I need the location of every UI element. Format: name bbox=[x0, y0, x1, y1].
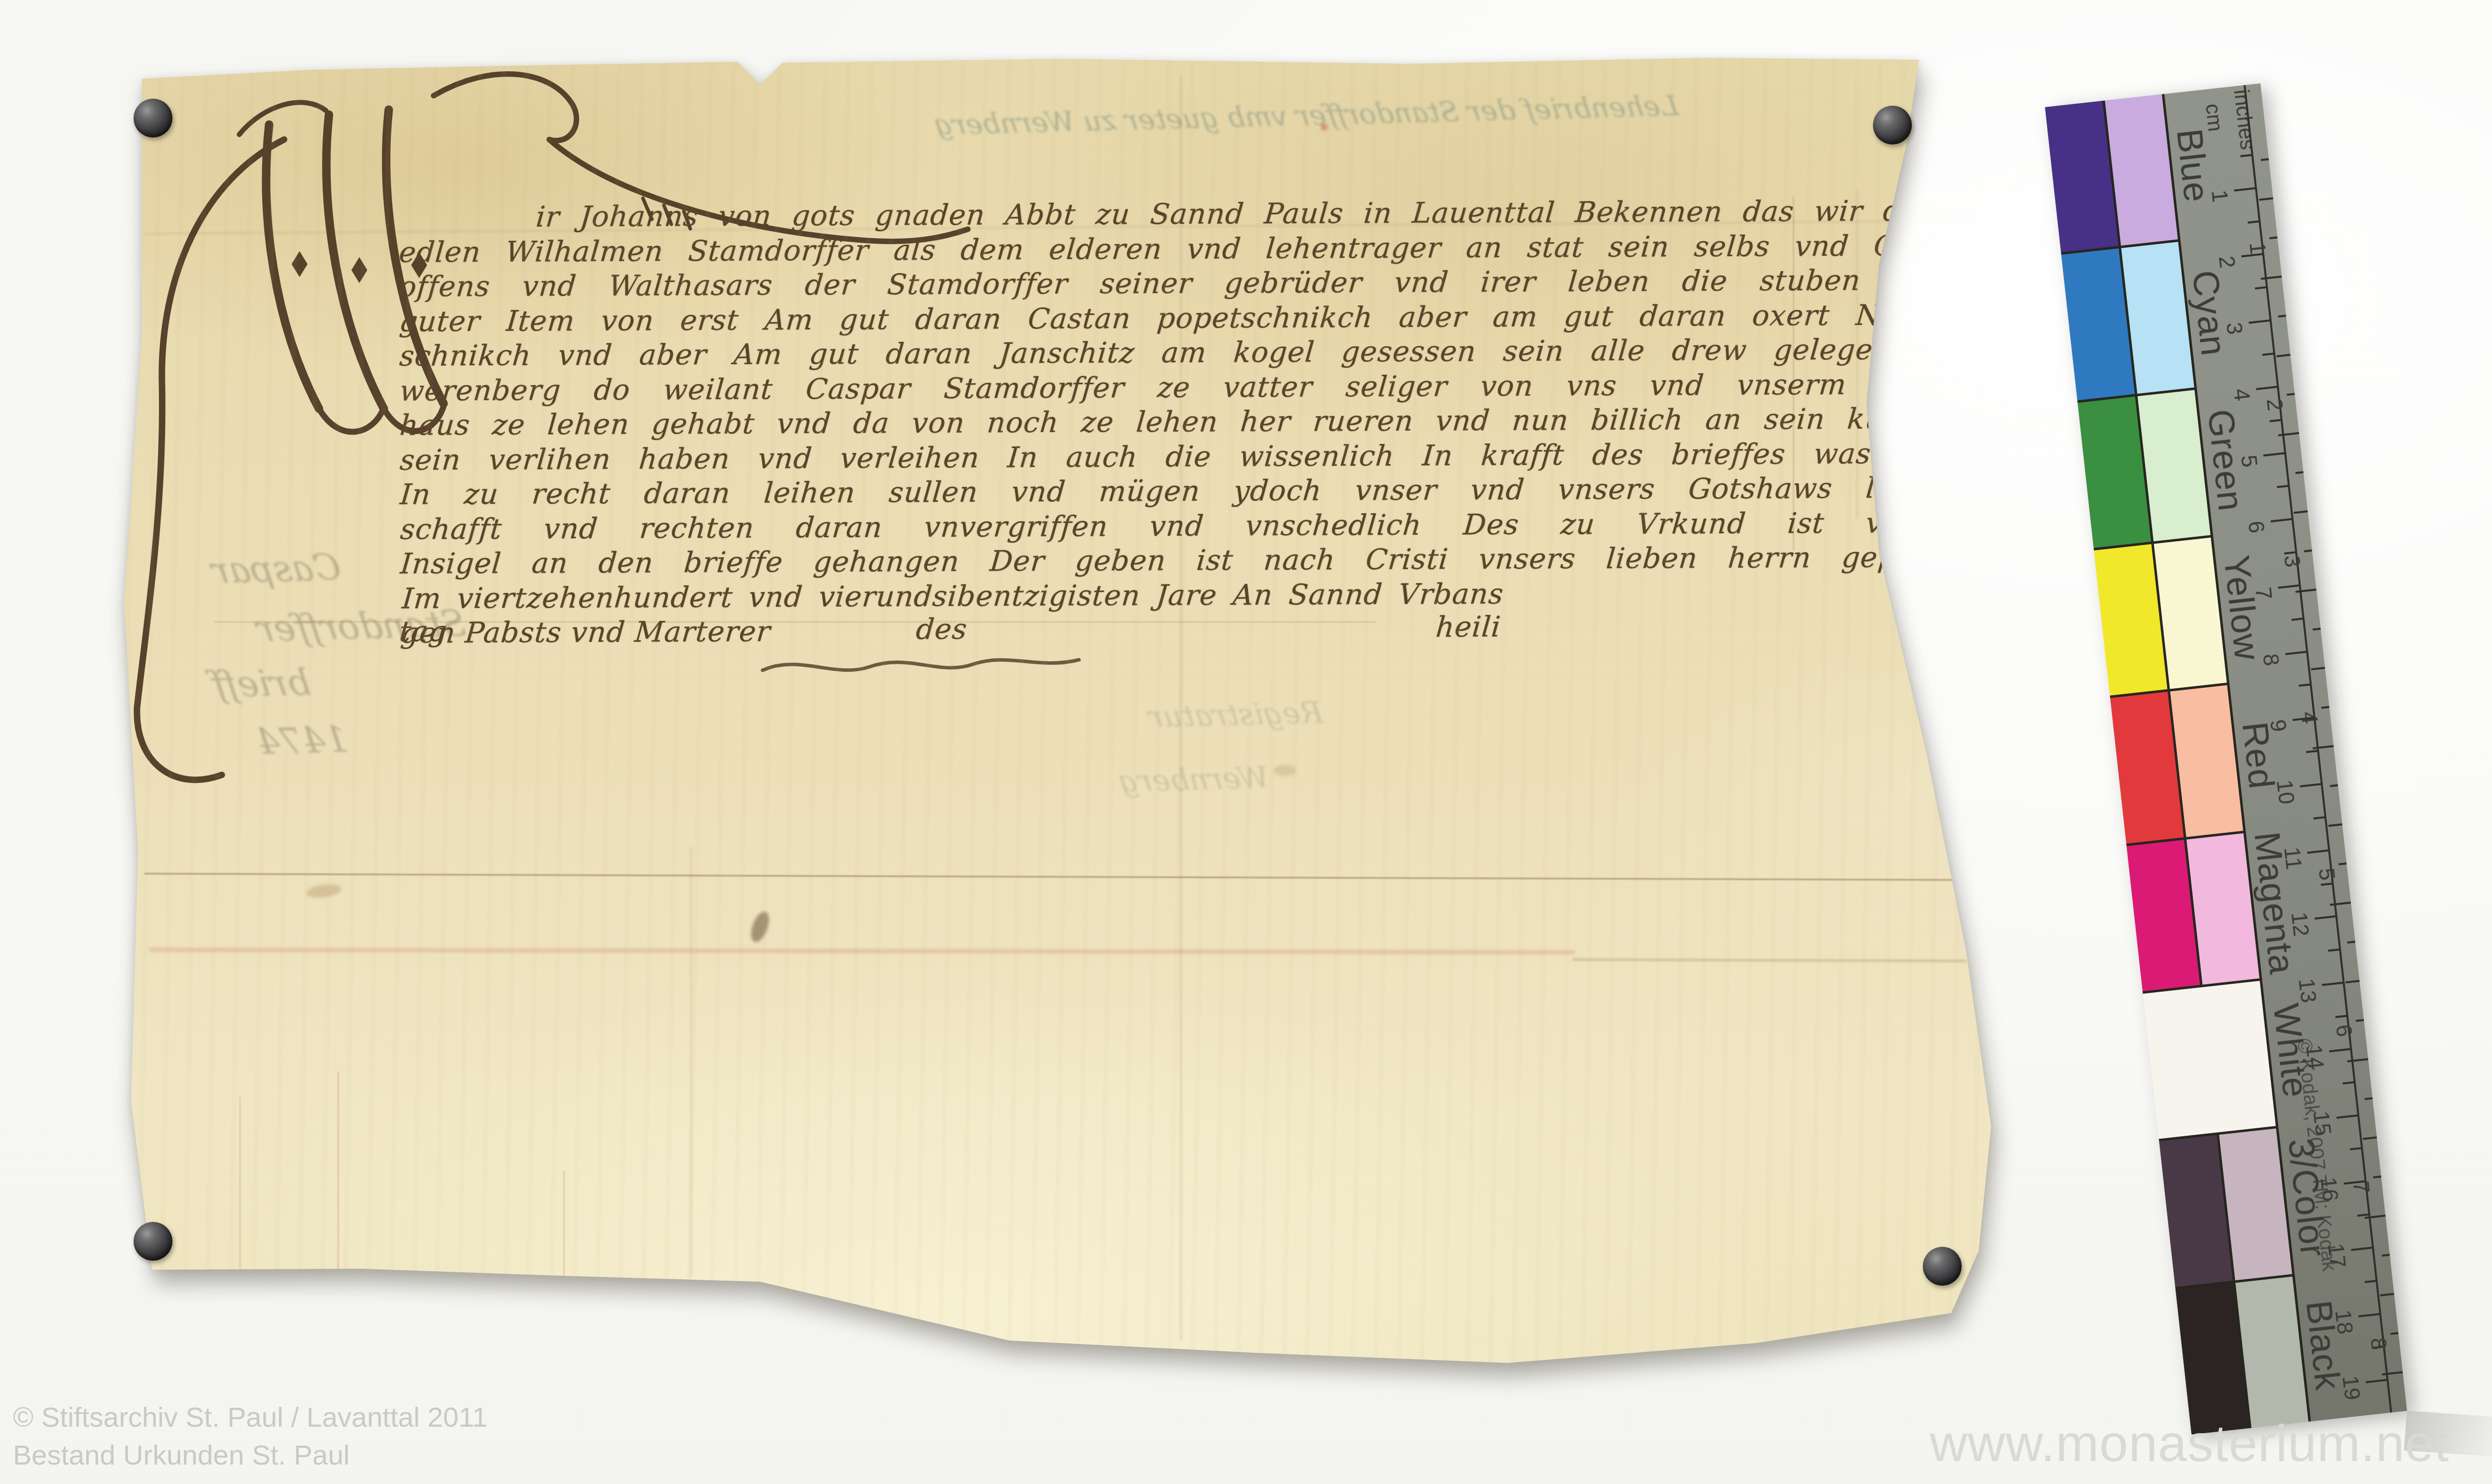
inch-quarter-tick bbox=[2261, 158, 2269, 161]
parchment-wrap: Lehenbrief der Standorffer vmb gueter zu… bbox=[112, 55, 1991, 1395]
inch-tick bbox=[2261, 276, 2282, 280]
inch-quarter-tick bbox=[2338, 863, 2346, 866]
inch-quarter-tick bbox=[2287, 393, 2295, 396]
cm-tick bbox=[2249, 319, 2272, 324]
pushpin-bottom-left bbox=[134, 1222, 172, 1261]
inch-half-tick bbox=[2345, 980, 2359, 983]
inch-number: 2 bbox=[2261, 397, 2287, 412]
charter-line-10: schafft vnd rechten daran vnvergriffen v… bbox=[399, 506, 1949, 546]
cm-number: 4 bbox=[2228, 387, 2254, 402]
inch-quarter-tick bbox=[2356, 1019, 2364, 1022]
patch-row-yellow bbox=[2094, 538, 2227, 698]
inch-quarter-tick bbox=[2321, 706, 2329, 709]
patch-row-magenta bbox=[2127, 833, 2260, 994]
inch-tick bbox=[2347, 1058, 2368, 1062]
cm-tick bbox=[2300, 783, 2323, 787]
copyright-line-1: © Stiftsarchiv St. Paul / Lavanttal 2011 bbox=[13, 1398, 487, 1436]
inch-half-tick bbox=[2363, 1136, 2377, 1140]
patch-row-3-color bbox=[2159, 1129, 2292, 1289]
cm-tick bbox=[2329, 1048, 2352, 1052]
inch-quarter-tick bbox=[2269, 236, 2277, 239]
cm-tick bbox=[2285, 650, 2308, 655]
charter-line-13: gen Pabsts vnd Marterer bbox=[399, 615, 772, 649]
cm-tick bbox=[2351, 1246, 2374, 1251]
charter-line-7: haus ze lehen gehabt vnd da von noch ze … bbox=[399, 402, 1949, 442]
inch-quarter-tick bbox=[2304, 550, 2312, 553]
charter-line-3: offens vnd Walthasars der Stamdorffer se… bbox=[398, 264, 1948, 303]
charter-line-1: ir Johanns von gots gnaden Abbt zu Sannd… bbox=[535, 194, 1948, 233]
inch-tick bbox=[2382, 1371, 2403, 1376]
kodak-brand: Kodak bbox=[2288, 240, 2407, 494]
inch-quarter-tick bbox=[2382, 1254, 2390, 1257]
patch-row-black bbox=[2176, 1276, 2309, 1434]
charter-line-6: werenberg do weilant Caspar Stamdorffer … bbox=[398, 368, 1948, 408]
inch-tick bbox=[2278, 432, 2299, 437]
cm-tick bbox=[2336, 1114, 2359, 1119]
inch-number: 6 bbox=[2331, 1024, 2356, 1039]
inch-half-tick bbox=[2294, 510, 2308, 514]
patch-label-red: Red bbox=[2234, 720, 2282, 791]
cm-number: 2 bbox=[2213, 255, 2239, 270]
inch-number: 8 bbox=[2365, 1336, 2391, 1351]
charter-line-4: guter Item von erst Am gut daran Castan … bbox=[398, 298, 1948, 338]
inch-quarter-tick bbox=[2347, 941, 2355, 944]
cm-tick bbox=[2271, 518, 2294, 522]
ink-stain bbox=[1936, 688, 1947, 696]
patch-row-cyan bbox=[2061, 242, 2194, 403]
parchment-charter: Lehenbrief der Standorffer vmb gueter zu… bbox=[112, 55, 1991, 1395]
cm-tick bbox=[2315, 915, 2337, 920]
inch-number: 5 bbox=[2313, 867, 2339, 882]
inch-half-tick bbox=[2311, 667, 2325, 670]
charter-line-8: sein verlihen haben vnd verleihen In auc… bbox=[399, 437, 1949, 477]
cm-tick bbox=[2256, 386, 2279, 390]
patch-label-green: Green bbox=[2199, 408, 2251, 514]
ink-stain bbox=[1954, 713, 1961, 719]
cm-tick bbox=[2307, 849, 2330, 854]
inch-tick bbox=[2330, 901, 2351, 906]
cm-tick bbox=[2358, 1313, 2381, 1317]
inch-quarter-tick bbox=[2364, 1097, 2372, 1100]
charter-line-11: Insigel an den brieffe gehangen Der gebe… bbox=[399, 541, 1949, 581]
charter-line-9: In zu recht daran leihen sullen vnd müge… bbox=[399, 471, 1949, 511]
patch-label-white: White bbox=[2265, 1001, 2316, 1099]
ruler-unit-inches: inches bbox=[2229, 88, 2260, 151]
inch-number: 3 bbox=[2279, 554, 2305, 569]
pushpin-top-left bbox=[134, 99, 172, 138]
inch-number: 1 bbox=[2244, 241, 2270, 256]
cm-number: 6 bbox=[2243, 520, 2269, 535]
inch-quarter-tick bbox=[2313, 628, 2321, 631]
patch-label-cyan: Cyan bbox=[2184, 268, 2234, 358]
pushpin-top-right bbox=[1873, 106, 1912, 145]
patch-row-green bbox=[2077, 390, 2210, 550]
cm-tick bbox=[2263, 452, 2286, 456]
patch-label-blue: Blue bbox=[2169, 127, 2217, 204]
patch-row-white bbox=[2143, 981, 2276, 1141]
cm-tick bbox=[2365, 1379, 2388, 1383]
cm-number: 15 bbox=[2308, 1110, 2336, 1137]
charter-line-5: schnikch vnd aber Am gut daran Janschitz… bbox=[398, 333, 1948, 373]
cm-tick bbox=[2234, 187, 2257, 191]
inch-quarter-tick bbox=[2390, 1332, 2398, 1335]
cm-number: 13 bbox=[2293, 977, 2321, 1004]
kodak-color-control-chart: Kodak Color Control Patches © Kodak, 200… bbox=[2045, 84, 2404, 1435]
monasterium-watermark: www.monasterium.net bbox=[1930, 1414, 2449, 1474]
cm-tick bbox=[2278, 584, 2301, 589]
charter-text-block: ir Johanns von gots gnaden Abbt zu Sannd… bbox=[109, 51, 1994, 1399]
inch-quarter-tick bbox=[2330, 784, 2338, 787]
inch-quarter-tick bbox=[2278, 314, 2286, 317]
inch-tick bbox=[2313, 745, 2334, 749]
patch-label-yellow: Yellow bbox=[2215, 553, 2268, 662]
archive-copyright: © Stiftsarchiv St. Paul / Lavanttal 2011… bbox=[13, 1398, 487, 1474]
archival-scan-page: Lehenbrief der Standorffer vmb gueter zu… bbox=[0, 0, 2492, 1484]
charter-line-2: edlen Wilhalmen Stamdorffer als dem elde… bbox=[398, 229, 1948, 269]
closing-flourish bbox=[760, 648, 1089, 688]
patch-row-blue bbox=[2045, 94, 2178, 255]
copyright-line-2: Bestand Urkunden St. Paul bbox=[13, 1436, 487, 1474]
inch-quarter-tick bbox=[2373, 1176, 2381, 1179]
inch-half-tick bbox=[2259, 197, 2273, 201]
inch-tick bbox=[2296, 589, 2317, 593]
inch-quarter-tick bbox=[2295, 471, 2303, 474]
inch-number: 7 bbox=[2347, 1180, 2373, 1195]
patch-white bbox=[2143, 981, 2276, 1139]
patch-row-red bbox=[2110, 685, 2243, 846]
pushpin-bottom-right bbox=[1923, 1247, 1962, 1286]
inch-half-tick bbox=[2328, 823, 2342, 827]
cm-tick bbox=[2322, 982, 2344, 986]
inch-half-tick bbox=[2276, 354, 2290, 357]
inch-number: 4 bbox=[2296, 710, 2322, 725]
inch-half-tick bbox=[2380, 1293, 2394, 1297]
